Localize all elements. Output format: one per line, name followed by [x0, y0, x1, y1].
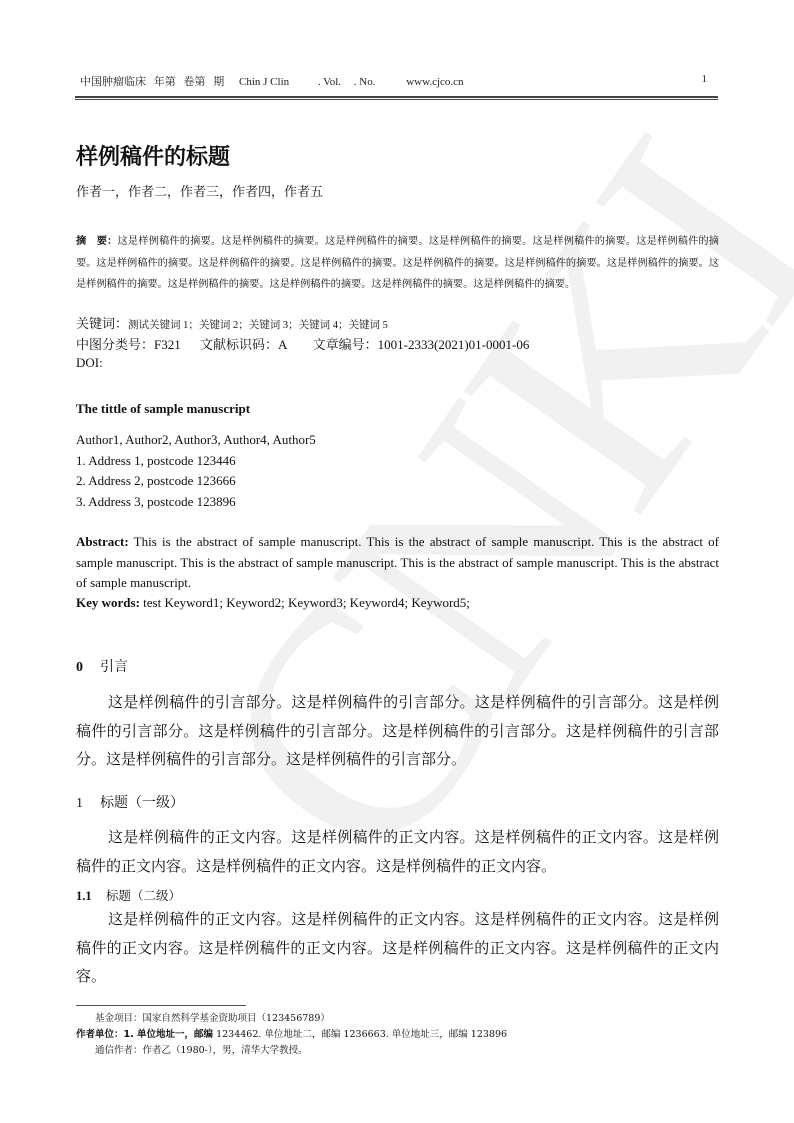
section-number: 0 — [76, 660, 100, 676]
header-rule — [75, 96, 718, 100]
affiliation-strong: 1. 单位地址一，邮编 — [124, 1029, 214, 1040]
abstract-cn-text: 这是样例稿件的摘要。这是样例稿件的摘要。这是样例稿件的摘要。这是样例稿件的摘要。… — [76, 236, 719, 290]
article-no-value: 1001-2333(2021)01-0001-06 — [378, 337, 530, 352]
keywords-cn-label: 关键词： — [76, 317, 128, 332]
doi-line: DOI: — [76, 355, 103, 371]
clc-value: F321 — [154, 337, 181, 352]
subsection-paragraph-1-1: 这是样例稿件的正文内容。这是样例稿件的正文内容。这是样例稿件的正文内容。这是样例… — [76, 905, 719, 991]
year-label: 年第 — [154, 76, 176, 88]
keywords-en-text: test Keyword1; Keyword2; Keyword3; Keywo… — [140, 595, 470, 610]
abstract-cn-label: 摘 要： — [76, 236, 118, 247]
address-1: 1. Address 1, postcode 123446 — [76, 451, 316, 472]
vol-label: . Vol. — [318, 76, 341, 88]
volume-label: 卷第 — [184, 76, 206, 88]
footnote-corresponding: 通信作者：作者乙（1980-），男，清华大学教授。 — [76, 1043, 507, 1059]
section-title: 引言 — [100, 659, 128, 675]
clc-label: 中图分类号： — [76, 338, 154, 353]
running-header: 中国肿瘤临床 年第 卷第 期 Chin J Clin . Vol. . No. … — [80, 73, 710, 89]
title-cn: 样例稿件的标题 — [76, 140, 230, 171]
journal-name-cn: 中国肿瘤临床 — [80, 76, 146, 88]
section-heading-1: 1标题（一级） — [76, 792, 184, 812]
subsection-heading-1-1: 1.1标题（二级） — [76, 886, 181, 904]
section-heading-0: 0引言 — [76, 656, 128, 676]
doc-code-value: A — [278, 337, 287, 352]
abstract-cn: 摘 要：这是样例稿件的摘要。这是样例稿件的摘要。这是样例稿件的摘要。这是样例稿件… — [76, 231, 719, 296]
issue-label: 期 — [213, 76, 224, 88]
section-number: 1 — [76, 796, 100, 812]
footnote-funding: 基金项目：国家自然科学基金资助项目（123456789） — [76, 1011, 507, 1027]
abstract-en-label: Abstract: — [76, 534, 129, 549]
affiliation-rest: 1234462. 单位地址二，邮编 1236663. 单位地址三，邮编 1238… — [213, 1029, 507, 1040]
journal-url[interactable]: www.cjco.cn — [406, 76, 463, 88]
subsection-number: 1.1 — [76, 889, 106, 904]
title-en: The tittle of sample manuscript — [76, 401, 250, 417]
classification-line: 中图分类号：F321 文献标识码：A 文章编号：1001-2333(2021)0… — [76, 334, 529, 353]
section-title: 标题（一级） — [100, 795, 184, 811]
subsection-title: 标题（二级） — [106, 888, 181, 903]
no-label: . No. — [354, 76, 376, 88]
address-3: 3. Address 3, postcode 123896 — [76, 492, 316, 513]
keywords-en: Key words: test Keyword1; Keyword2; Keyw… — [76, 595, 470, 611]
footnotes: 基金项目：国家自然科学基金资助项目（123456789） 作者单位：1. 单位地… — [76, 1011, 507, 1059]
abstract-en: Abstract: This is the abstract of sample… — [76, 532, 719, 594]
article-no-label: 文章编号： — [313, 338, 378, 353]
document-page: CNKI 中国肿瘤临床 年第 卷第 期 Chin J Clin . Vol. .… — [0, 0, 794, 1123]
address-2: 2. Address 2, postcode 123666 — [76, 471, 316, 492]
affiliation-label: 作者单位： — [76, 1029, 124, 1040]
doi-label: DOI: — [76, 355, 103, 370]
page-number: 1 — [702, 73, 708, 85]
keywords-cn: 关键词：测试关键词 1；关键词 2；关键词 3；关键词 4；关键词 5 — [76, 313, 388, 332]
authors-cn: 作者一，作者二，作者三，作者四，作者五 — [76, 181, 323, 200]
doc-code-label: 文献标识码： — [200, 338, 278, 353]
footnote-rule — [76, 1005, 246, 1006]
abstract-en-text: This is the abstract of sample manuscrip… — [76, 534, 719, 590]
journal-name-en: Chin J Clin — [239, 76, 289, 88]
footnote-affiliation: 作者单位：1. 单位地址一，邮编 1234462. 单位地址二，邮编 12366… — [76, 1027, 507, 1043]
keywords-cn-text: 测试关键词 1；关键词 2；关键词 3；关键词 4；关键词 5 — [128, 320, 388, 331]
section-paragraph-0: 这是样例稿件的引言部分。这是样例稿件的引言部分。这是样例稿件的引言部分。这是样例… — [76, 688, 719, 774]
authors-en-block: Author1, Author2, Author3, Author4, Auth… — [76, 430, 316, 513]
keywords-en-label: Key words: — [76, 595, 140, 610]
section-paragraph-1: 这是样例稿件的正文内容。这是样例稿件的正文内容。这是样例稿件的正文内容。这是样例… — [76, 823, 719, 880]
authors-en: Author1, Author2, Author3, Author4, Auth… — [76, 430, 316, 451]
